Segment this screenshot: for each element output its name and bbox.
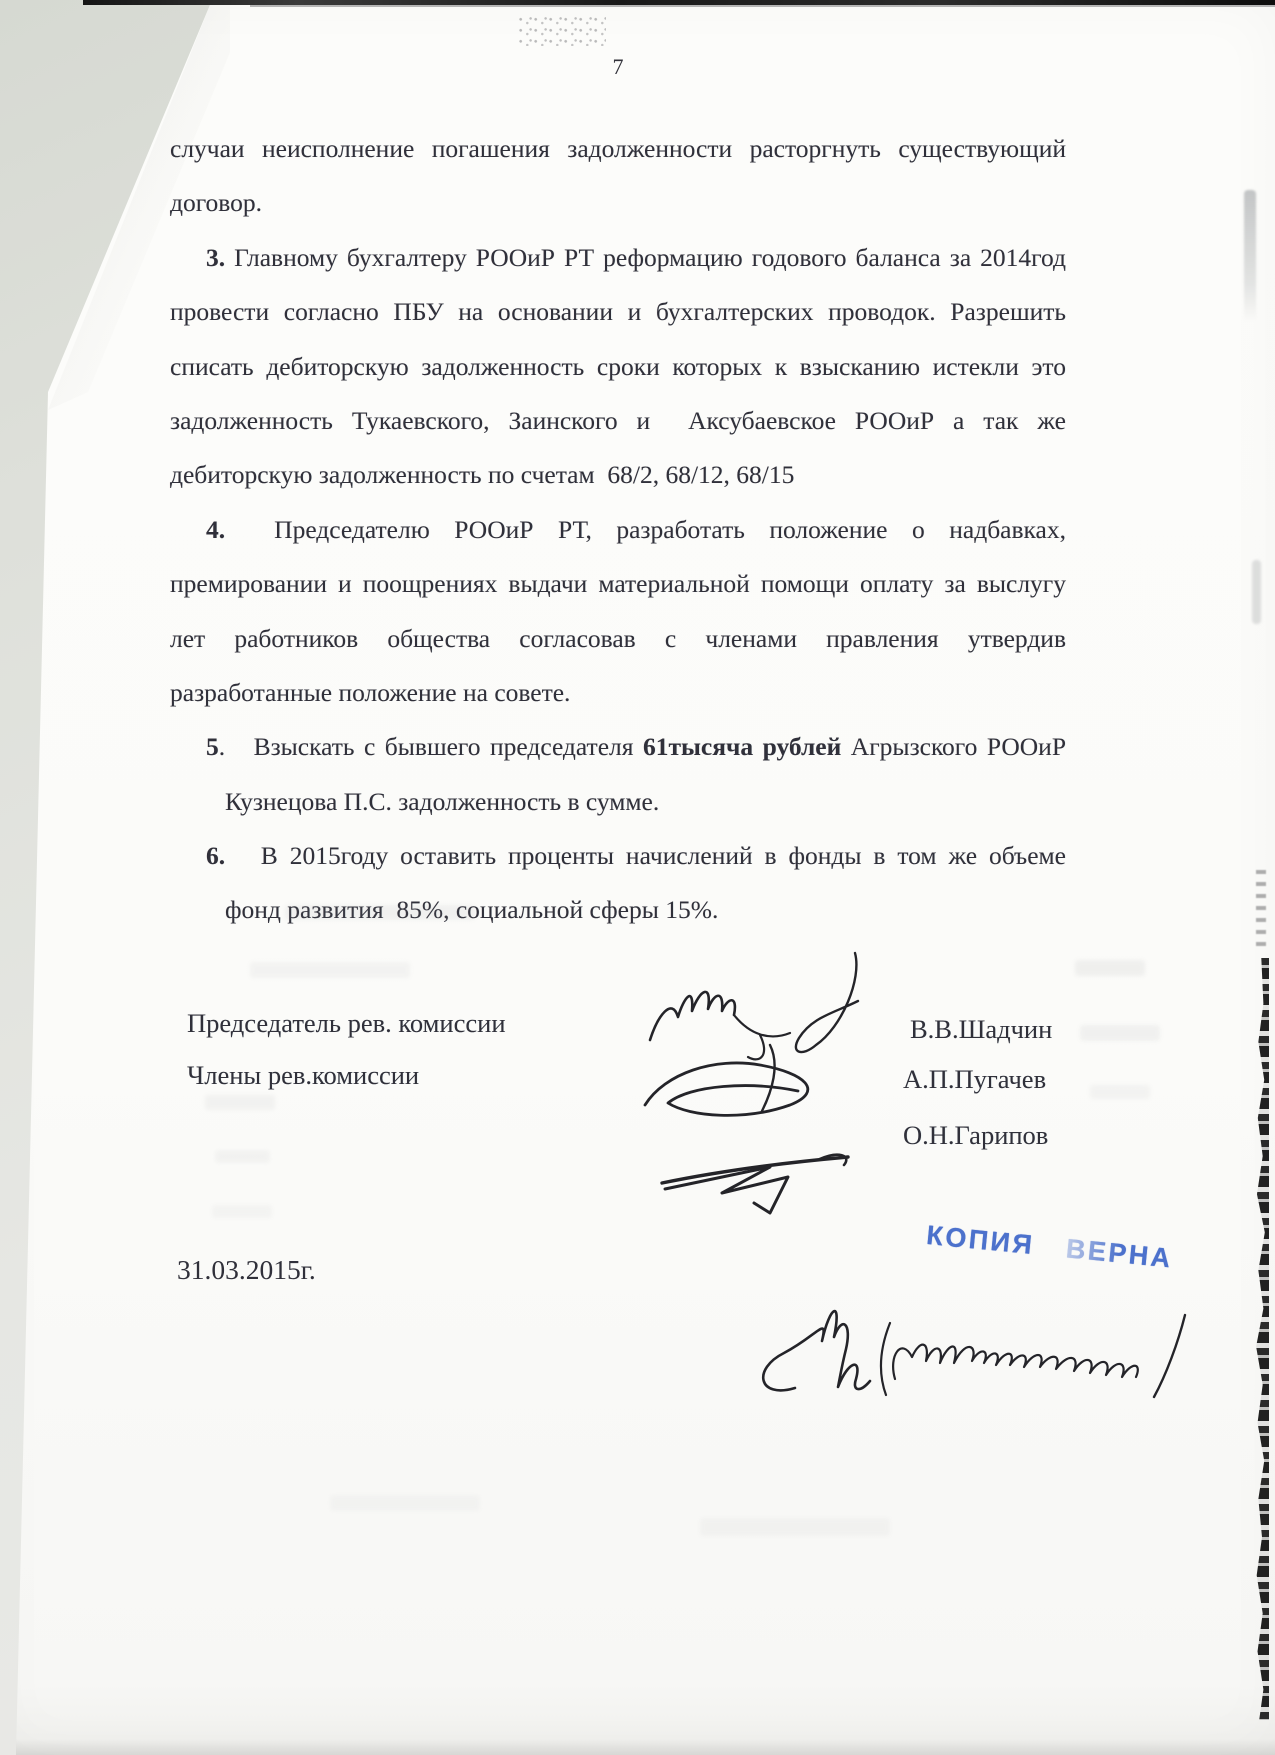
document-line: провести согласно ПБУ на основании и бух… [170, 285, 1066, 339]
scan-edge-smudge [1244, 190, 1256, 322]
document-line: фонд развития 85%, социальной сферы 15%. [170, 883, 1066, 937]
document-line: списать дебиторскую задолженность сроки … [170, 340, 1066, 394]
signature-role-label: Председатель рев. комиссии [187, 1008, 506, 1039]
scan-noise-speckles [518, 16, 606, 46]
scanned-document: 7 случаи неисполнение погашения задолжен… [0, 0, 1275, 1755]
document-line: 5. Взыскать с бывшего председателя 61тыс… [170, 720, 1066, 774]
document-line: Кузнецова П.С. задолженность в сумме. [170, 775, 1066, 829]
document-line: премировании и поощрениях выдачи материа… [170, 557, 1066, 611]
document-line: 3. Главному бухгалтеру РООиР РТ реформац… [170, 231, 1066, 285]
scan-edge-smudge [1256, 870, 1266, 950]
document-line: дебиторскую задолженность по счетам 68/2… [170, 448, 1066, 502]
document-line: разработанные положение на совете. [170, 666, 1066, 720]
signatory-name: В.В.Шадчин [910, 1014, 1052, 1045]
document-line: 6. В 2015году оставить проценты начислен… [170, 829, 1066, 883]
document-line: 4. Председателю РООиР РТ, разработать по… [170, 503, 1066, 557]
document-body: случаи неисполнение погашения задолженно… [170, 122, 1066, 938]
document-line: задолженность Тукаевского, Заинского и А… [170, 394, 1066, 448]
signatory-name: О.Н.Гарипов [903, 1120, 1048, 1151]
document-line: лет работников общества согласовав с чле… [170, 612, 1066, 666]
scan-edge-smudge [1252, 560, 1261, 624]
document-line: случаи неисполнение погашения задолженно… [170, 122, 1066, 176]
document-line: договор. [170, 176, 1066, 230]
scan-edge-bottom [16, 1739, 1275, 1755]
document-date: 31.03.2015г. [177, 1254, 316, 1286]
page-number: 7 [170, 54, 1066, 80]
signatory-name: А.П.Пугачев [903, 1064, 1046, 1095]
scan-edge-top-shadow [250, 5, 1275, 7]
signature-role-label: Члены рев.комиссии [187, 1060, 419, 1091]
